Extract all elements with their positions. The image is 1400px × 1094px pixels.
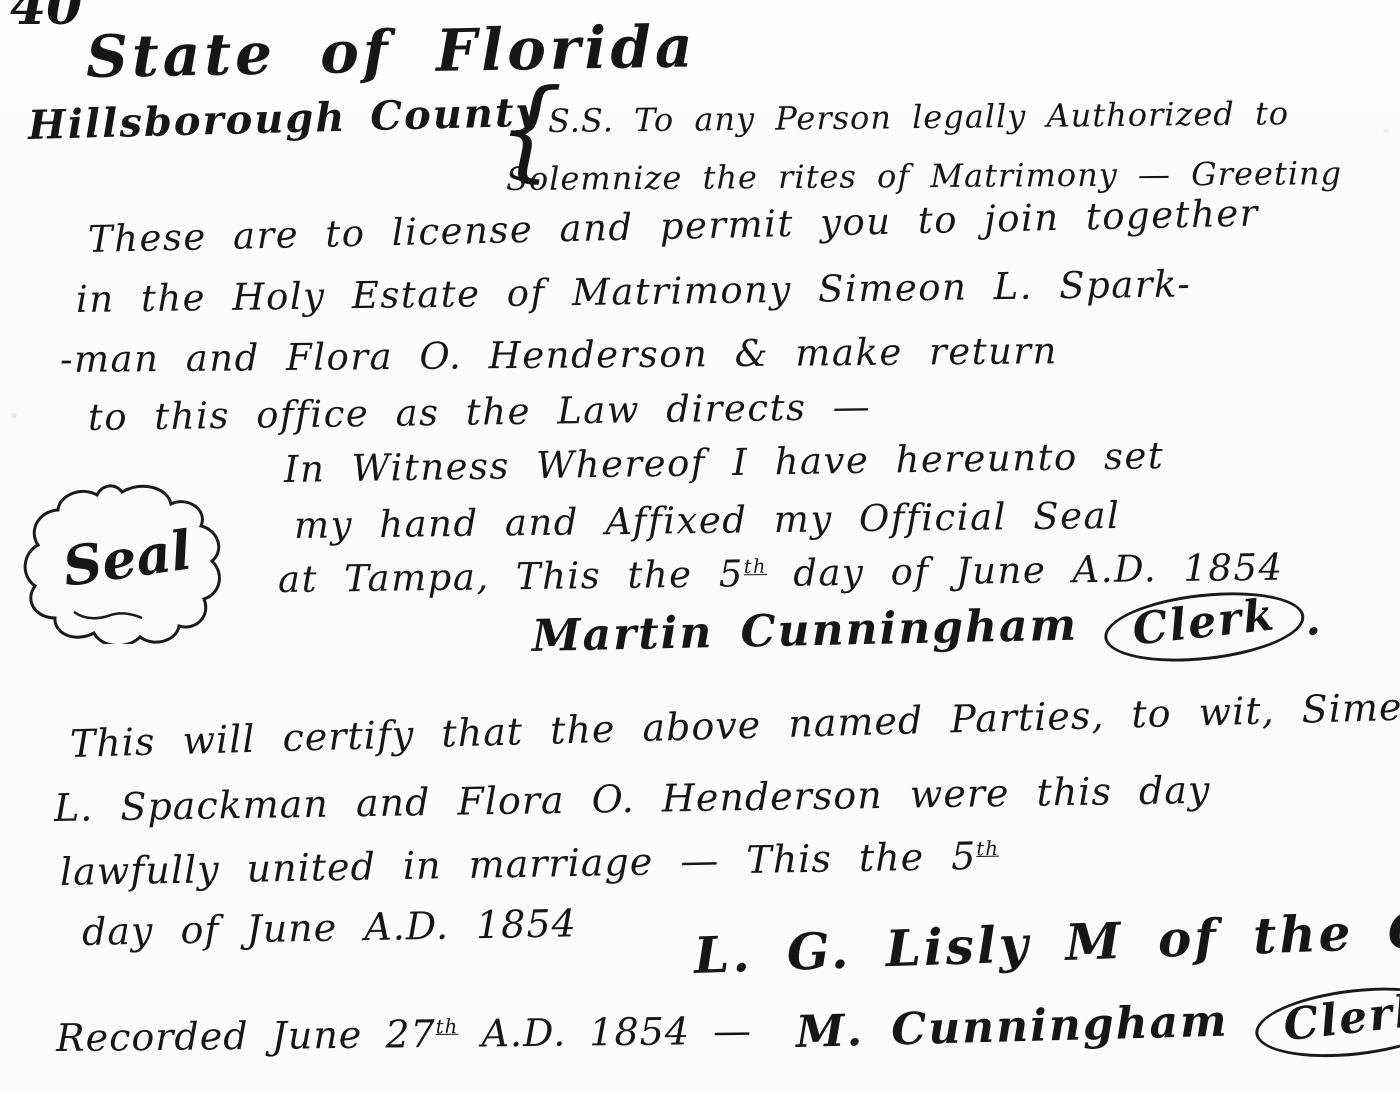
recorder-signature-name: M. Cunningham bbox=[795, 996, 1229, 1058]
certification-line-4: day of June A.D. 1854 bbox=[82, 903, 577, 953]
minister-signature: L. G. Lisly M of the G. bbox=[693, 902, 1400, 983]
recorded-line: Recorded June 27th A.D. 1854 — bbox=[56, 1011, 752, 1060]
recorded-date-text: Recorded June 27 bbox=[56, 1012, 436, 1060]
clerk-signature-name: Martin Cunningham bbox=[531, 600, 1078, 662]
ordinal-suffix: th bbox=[744, 555, 767, 578]
recorder-signature-line: M. CunninghamClerk bbox=[795, 987, 1400, 1071]
attestation-date-rest: day of June A.D. 1854 bbox=[767, 546, 1284, 595]
recorder-title-circled: Clerk bbox=[1252, 978, 1400, 1067]
clerk-signature-period: . bbox=[1305, 594, 1323, 645]
ordinal-suffix: th bbox=[976, 837, 999, 860]
certification-date-text: lawfully united in marriage — This the 5 bbox=[60, 834, 977, 894]
license-line-2: in the Holy Estate of Matrimony Simeon L… bbox=[76, 264, 1192, 320]
license-line-1: These are to license and permit you to j… bbox=[88, 193, 1260, 260]
address-line-2: Solemnize the rites of Matrimony — Greet… bbox=[506, 156, 1342, 197]
seal-label: Seal bbox=[59, 518, 196, 599]
seal-stamp: Seal bbox=[22, 482, 227, 644]
seal-drawing: Seal bbox=[22, 482, 227, 644]
marriage-license-document: 40 State of Florida Hillsborough County … bbox=[0, 0, 1400, 1094]
license-line-4: to this office as the Law directs — bbox=[88, 387, 872, 439]
certification-line-1: This will certify that the above named P… bbox=[69, 685, 1400, 765]
ordinal-suffix: th bbox=[436, 1015, 459, 1038]
seal-underline-flourish bbox=[74, 612, 142, 618]
attestation-line-1: In Witness Whereof I have hereunto set bbox=[284, 436, 1165, 491]
certification-line-3: lawfully united in marriage — This the 5… bbox=[60, 836, 1000, 894]
county-heading: Hillsborough County bbox=[27, 91, 541, 148]
attestation-line-2: my hand and Affixed my Official Seal bbox=[294, 496, 1121, 547]
recorded-date-rest: A.D. 1854 — bbox=[458, 1009, 752, 1056]
license-line-3: -man and Flora O. Henderson & make retur… bbox=[60, 331, 1058, 380]
page-number: 40 bbox=[10, 0, 82, 35]
address-line-1: S.S. To any Person legally Authorized to bbox=[548, 96, 1289, 139]
certification-line-2: L. Spackman and Flora O. Henderson were … bbox=[54, 770, 1211, 830]
attestation-date-text: at Tampa, This the 5 bbox=[278, 552, 744, 601]
state-heading: State of Florida bbox=[85, 15, 697, 89]
attestation-line-3: at Tampa, This the 5th day of June A.D. … bbox=[278, 548, 1284, 601]
clerk-title-circled: Clerk bbox=[1101, 583, 1308, 671]
clerk-signature-line: Martin CunninghamClerk. bbox=[531, 591, 1323, 674]
